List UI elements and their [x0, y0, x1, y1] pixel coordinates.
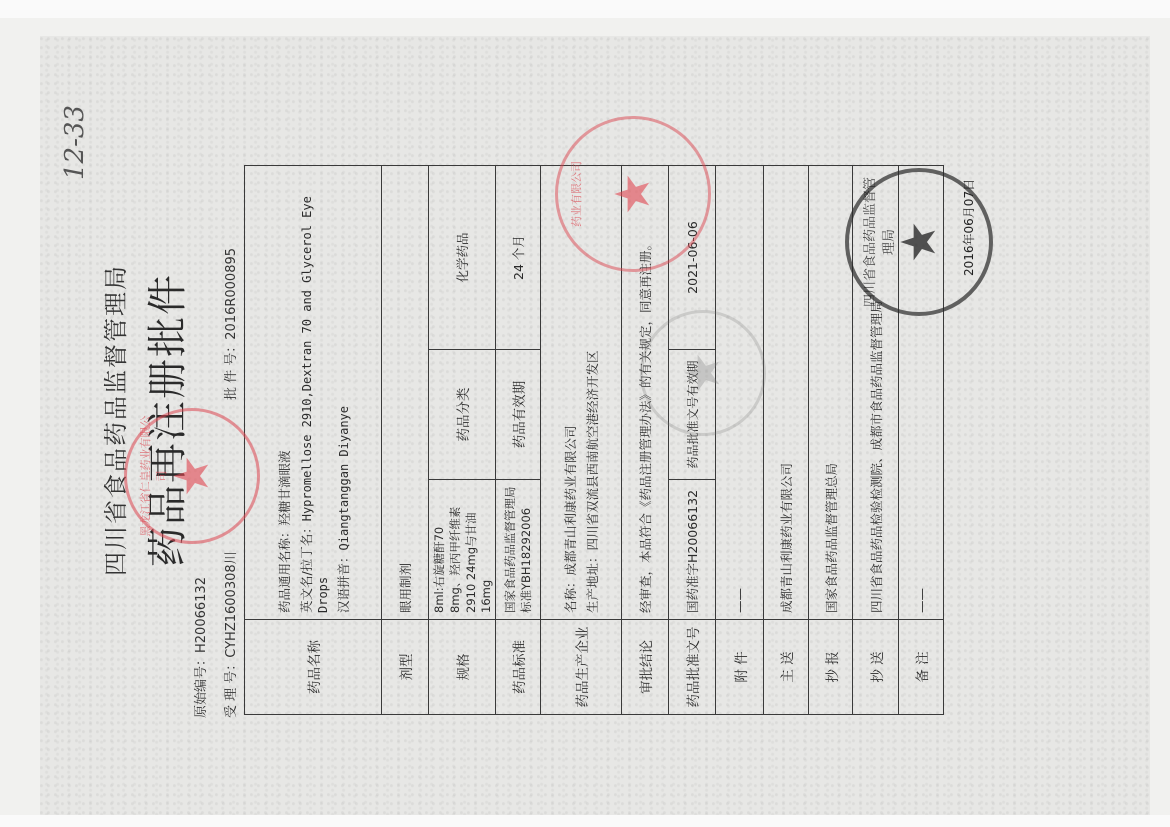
generic-name-label: 药品通用名称：: [277, 525, 292, 613]
remarks-label: 备 注: [899, 620, 944, 715]
specification-value: 8ml:右旋糖酐70 8mg、羟丙甲纤维素2910 24mg与甘油16mg: [429, 480, 496, 620]
table-row: 药品名称 药品通用名称：羟糖甘滴眼液 英文名/拉丁名：Hypromellose …: [245, 166, 382, 715]
manufacturer-name: 成都青山利康药业有限公司: [563, 425, 578, 575]
validity-label: 药品有效期: [496, 350, 541, 480]
copy-to-value: 四川省食品药品检验检测院、成都市食品药品监督管理局: [853, 166, 899, 620]
acceptance-number: 受 理 号：CYHZ1600308川: [220, 551, 239, 718]
dosage-form-value: 眼用制剂: [382, 166, 429, 620]
table-row: 规格 8ml:右旋糖酐70 8mg、羟丙甲纤维素2910 24mg与甘油16mg…: [429, 166, 496, 715]
stamp-date: 2016年06月07日: [960, 179, 977, 276]
remarks-value: ——: [899, 166, 944, 620]
approval-expiry-value: 2021-06-06: [669, 166, 716, 350]
approval-doc-label: 药品批准文号: [669, 620, 716, 715]
acceptance-number-label: 受 理 号：: [224, 658, 239, 718]
main-recipient-value: 成都青山利康药业有限公司: [764, 166, 809, 620]
approval-doc-value: 国药准字H20066132: [669, 480, 716, 620]
pinyin-label: 汉语拼音：: [336, 550, 351, 613]
drug-name-cell: 药品通用名称：羟糖甘滴眼液 英文名/拉丁名：Hypromellose 2910,…: [245, 166, 382, 620]
copy-to-label: 抄 送: [853, 620, 899, 715]
original-number: 原始编号：H20066132: [190, 577, 209, 718]
table-row: 备 注 ——: [899, 166, 944, 715]
generic-name: 羟糖甘滴眼液: [277, 450, 292, 525]
table-row: 药品生产企业 名称：成都青山利康药业有限公司 生产地址：四川省双流县西南航空港经…: [541, 166, 622, 715]
table-row: 抄 送 四川省食品药品检验检测院、成都市食品药品监督管理局: [853, 166, 899, 715]
manufacturer-address-label: 生产地址：: [585, 550, 600, 613]
report-to-value: 国家食品药品监督管理总局: [809, 166, 853, 620]
table-row: 审批结论 经审查，本品符合《药品注册管理办法》的有关规定，同意再注册。: [622, 166, 669, 715]
standard-value: 国家食品药品监督管理局标准YBH18292006: [496, 480, 541, 620]
table-row: 附 件 ——: [716, 166, 764, 715]
category-label: 药品分类: [429, 350, 496, 480]
drug-name-label: 药品名称: [245, 620, 382, 715]
issuing-organization: 四川省食品药品监督管理局: [96, 160, 131, 680]
table-row: 剂型 眼用制剂: [382, 166, 429, 715]
approval-table: 药品名称 药品通用名称：羟糖甘滴眼液 英文名/拉丁名：Hypromellose …: [244, 165, 944, 715]
table-row: 抄 报 国家食品药品监督管理总局: [809, 166, 853, 715]
approval-expiry-label: 药品批准文号有效期: [669, 350, 716, 480]
manufacturer-address: 四川省双流县西南航空港经济开发区: [585, 350, 600, 550]
main-recipient-label: 主 送: [764, 620, 809, 715]
table-row: 主 送 成都青山利康药业有限公司: [764, 166, 809, 715]
manufacturer-cell: 名称：成都青山利康药业有限公司 生产地址：四川省双流县西南航空港经济开发区: [541, 166, 622, 620]
approval-number-label: 批 件 号：: [224, 340, 239, 400]
handwritten-note: 12-33: [60, 105, 90, 180]
attachment-label: 附 件: [716, 620, 764, 715]
manufacturer-name-label: 名称：: [563, 575, 578, 613]
acceptance-number-value: CYHZ1600308川: [224, 551, 239, 657]
standard-label: 药品标准: [496, 620, 541, 715]
scan-border: [0, 815, 1170, 827]
approval-number-value: 2016R000895: [224, 248, 239, 340]
table-row: 药品批准文号 国药准字H20066132 药品批准文号有效期 2021-06-0…: [669, 166, 716, 715]
table-row: 药品标准 国家食品药品监督管理局标准YBH18292006 药品有效期 24 个…: [496, 166, 541, 715]
attachment-value: ——: [716, 166, 764, 620]
document-title: 药品再注册批件: [136, 210, 193, 630]
pinyin: Qiangtanggan Diyanye: [337, 406, 351, 551]
dosage-form-label: 剂型: [382, 620, 429, 715]
report-to-label: 抄 报: [809, 620, 853, 715]
approval-number: 批 件 号：2016R000895: [220, 248, 239, 400]
original-number-label: 原始编号：: [194, 653, 209, 718]
scan-border: [0, 0, 1170, 18]
english-name-label: 英文名/拉丁名：: [299, 521, 314, 613]
manufacturer-label: 药品生产企业: [541, 620, 622, 715]
conclusion-label: 审批结论: [622, 620, 669, 715]
conclusion-value: 经审查，本品符合《药品注册管理办法》的有关规定，同意再注册。: [622, 166, 669, 620]
original-number-value: H20066132: [194, 577, 209, 653]
category-value: 化学药品: [429, 166, 496, 350]
specification-label: 规格: [429, 620, 496, 715]
document-rotated: 12-33 四川省食品药品监督管理局 药品再注册批件 原始编号：H2006613…: [40, 36, 1150, 816]
validity-value: 24 个月: [496, 166, 541, 350]
